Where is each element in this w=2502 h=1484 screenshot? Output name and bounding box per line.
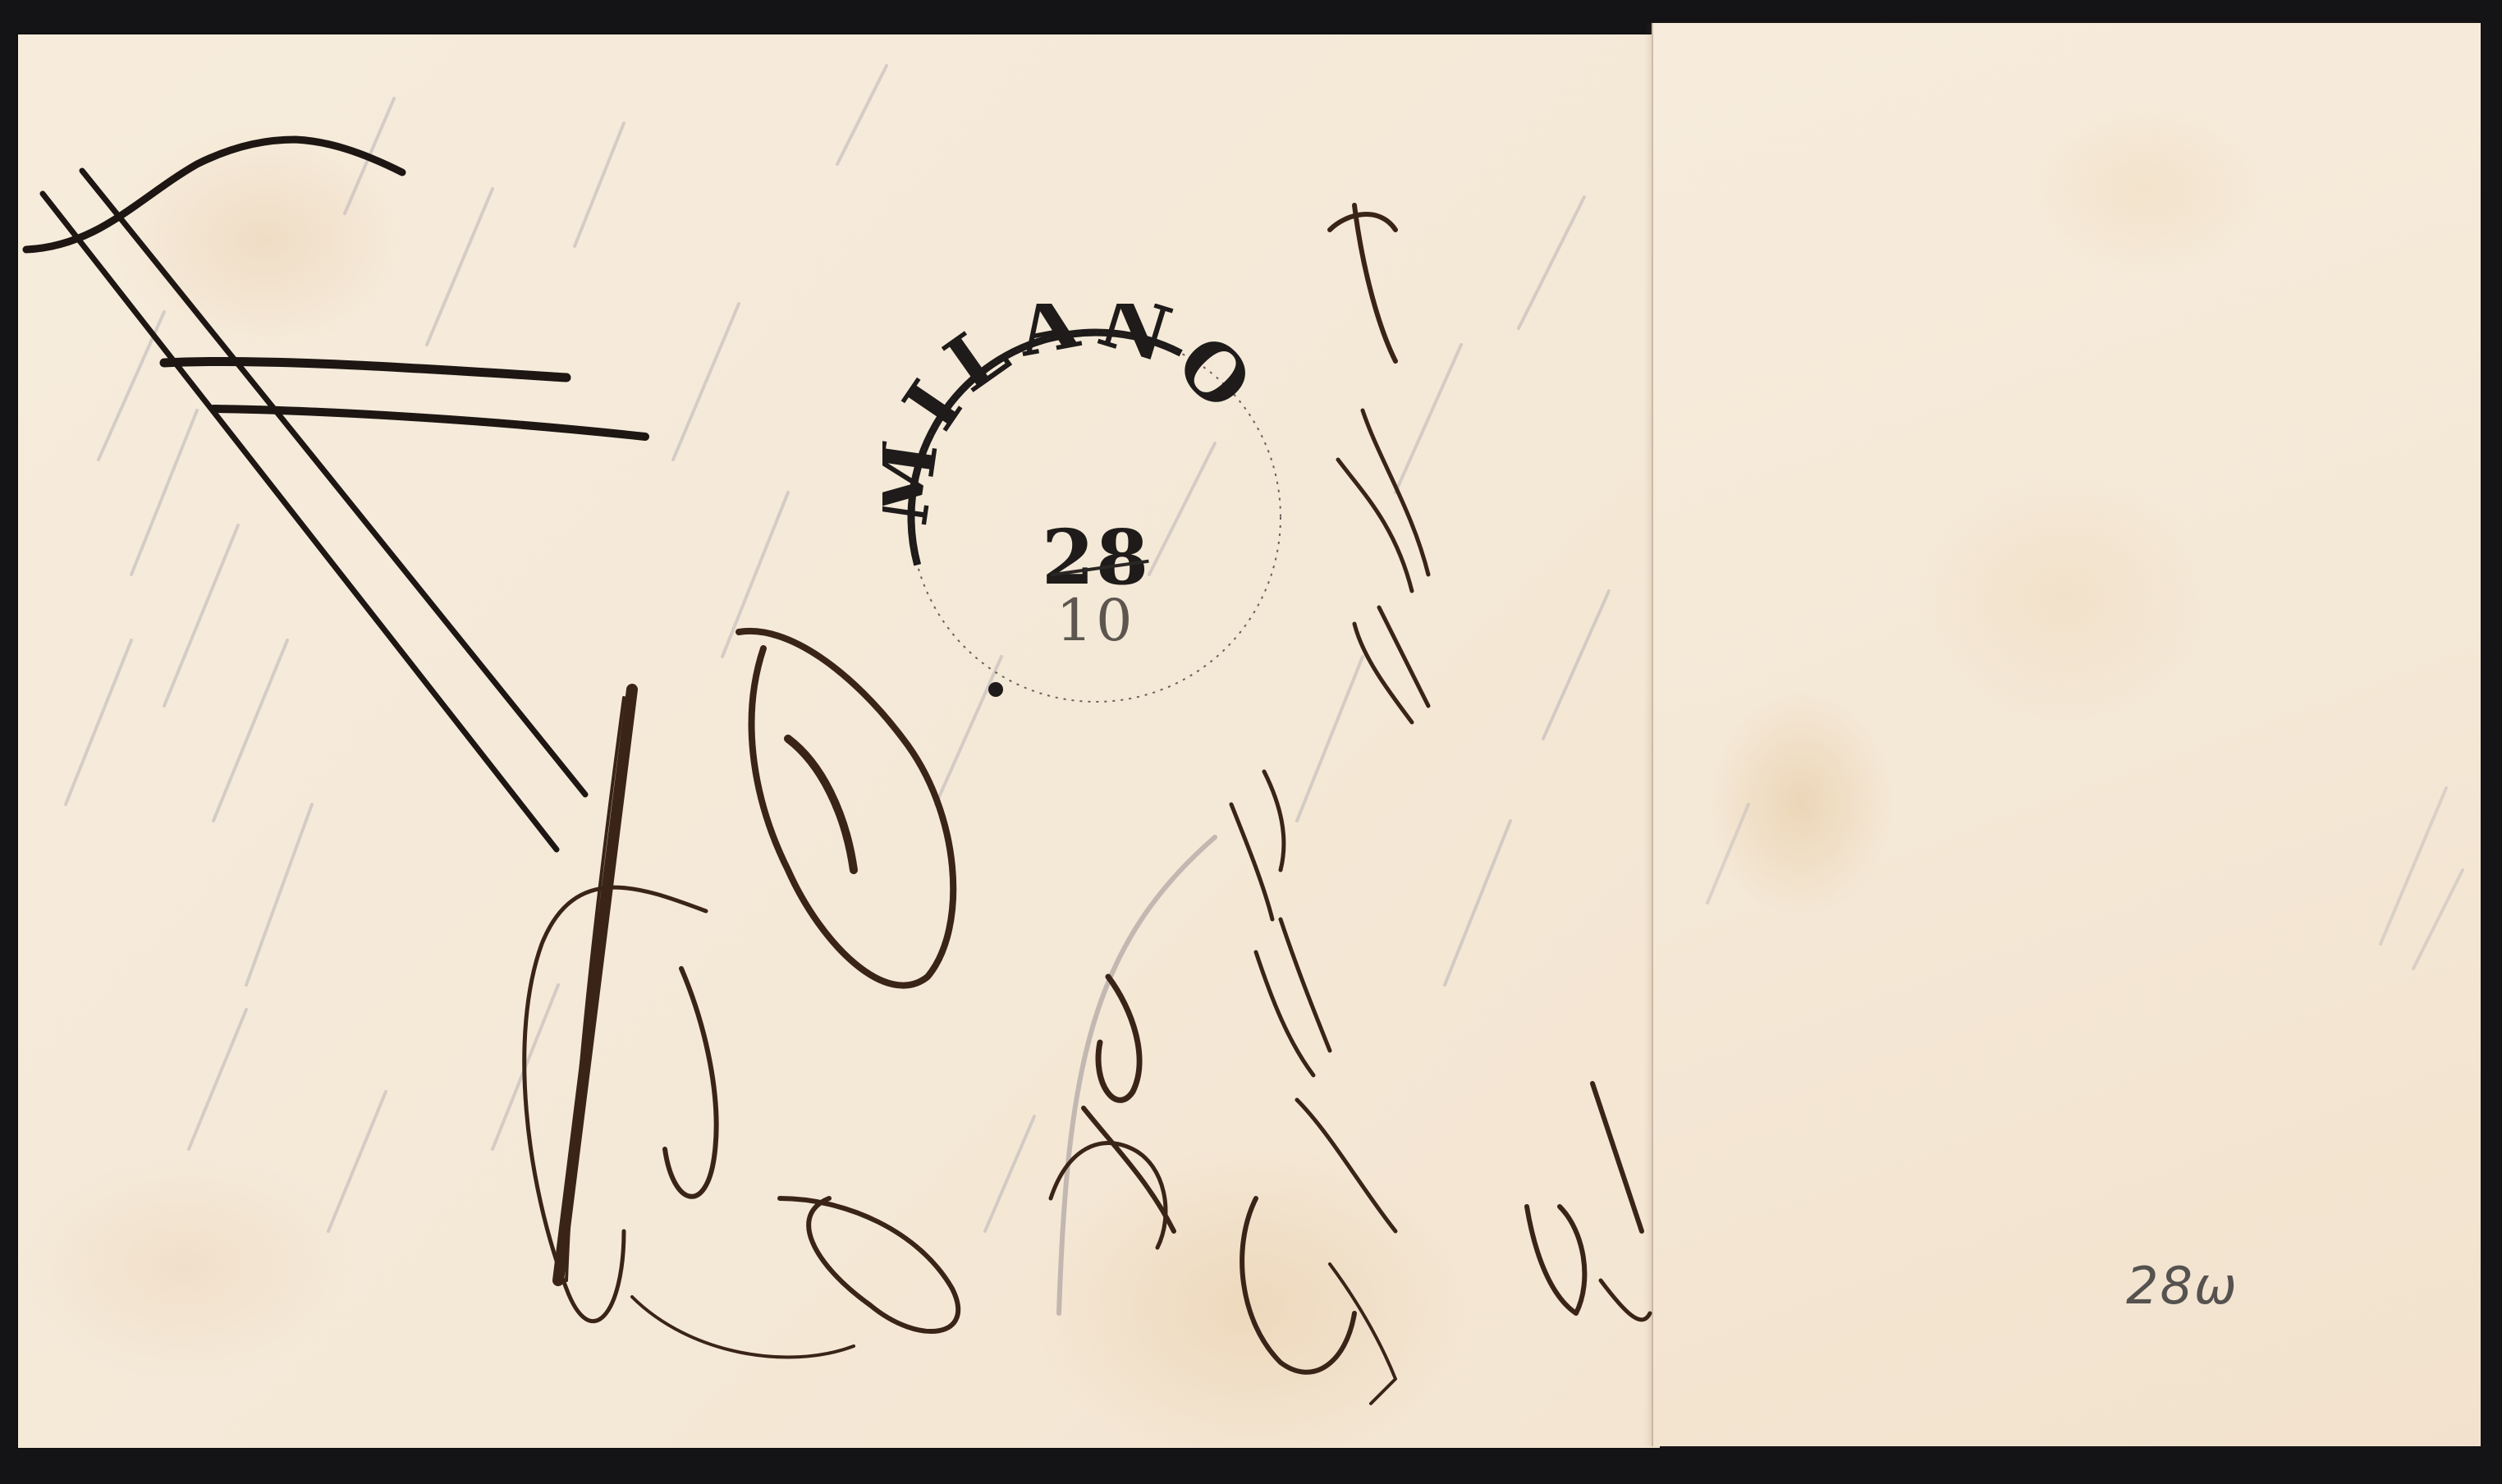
letter-sheet <box>18 34 1660 1448</box>
postmark-month: 10 <box>1056 587 1135 654</box>
postmark-town: MILANO <box>882 304 1276 530</box>
svg-text:MILANO: MILANO <box>882 304 1276 530</box>
folded-flap <box>1652 23 2481 1446</box>
pencil-annotation: 28ω <box>2126 1256 2239 1316</box>
milano-postmark: MILANO 28 10 <box>882 304 1309 731</box>
